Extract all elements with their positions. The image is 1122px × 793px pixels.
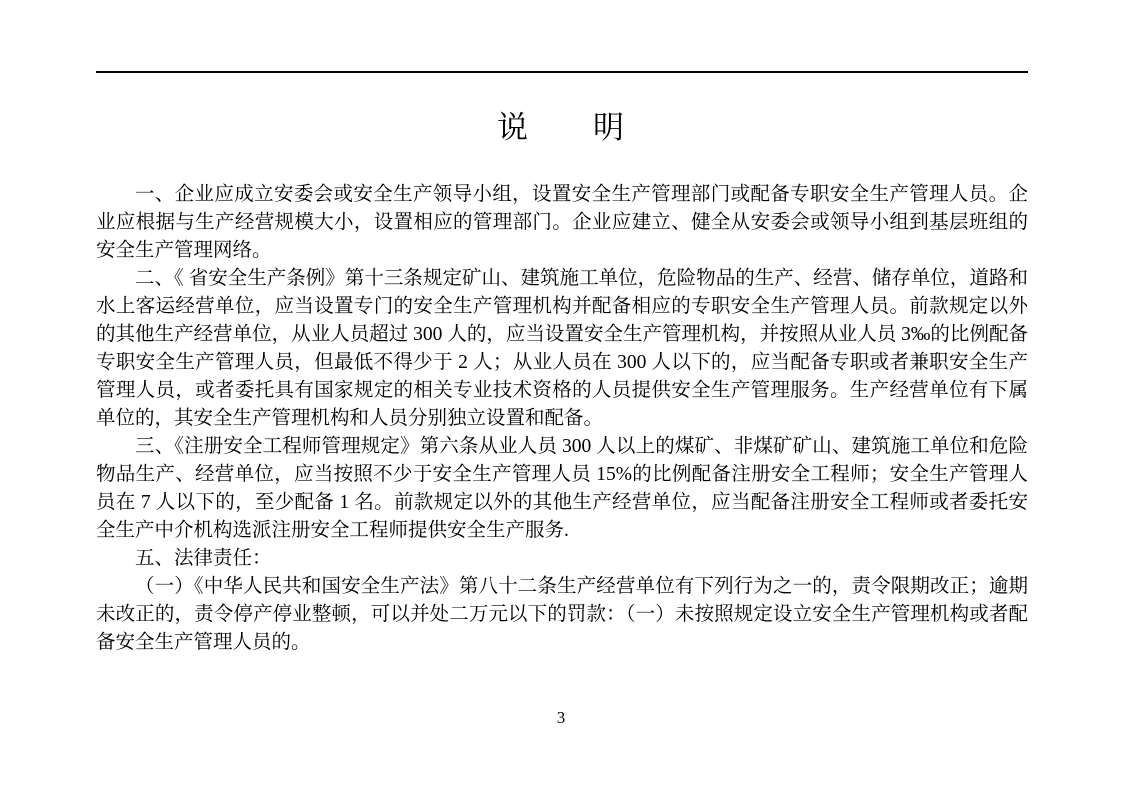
- paragraph-section-5-heading: 五、法律责任：: [96, 545, 1028, 573]
- page-title: 说 明: [0, 102, 1122, 147]
- header-divider: [96, 71, 1028, 73]
- paragraph-legal-liability: （一）《中华人民共和国安全生产法》第八十二条生产经营单位有下列行为之一的，责令限…: [96, 573, 1028, 657]
- paragraph-section-2: 二、《 省安全生产条例》第十三条规定矿山、建筑施工单位，危险物品的生产、经营、储…: [96, 265, 1028, 433]
- document-body: 一、企业应成立安委会或安全生产领导小组，设置安全生产管理部门或配备专职安全生产管…: [96, 181, 1028, 657]
- document-page: 说 明 一、企业应成立安委会或安全生产领导小组，设置安全生产管理部门或配备专职安…: [0, 0, 1122, 793]
- paragraph-section-1: 一、企业应成立安委会或安全生产领导小组，设置安全生产管理部门或配备专职安全生产管…: [96, 181, 1028, 265]
- paragraph-section-3: 三、《注册安全工程师管理规定》第六条从业人员 300 人以上的煤矿、非煤矿矿山、…: [96, 433, 1028, 545]
- page-number: 3: [0, 708, 1122, 728]
